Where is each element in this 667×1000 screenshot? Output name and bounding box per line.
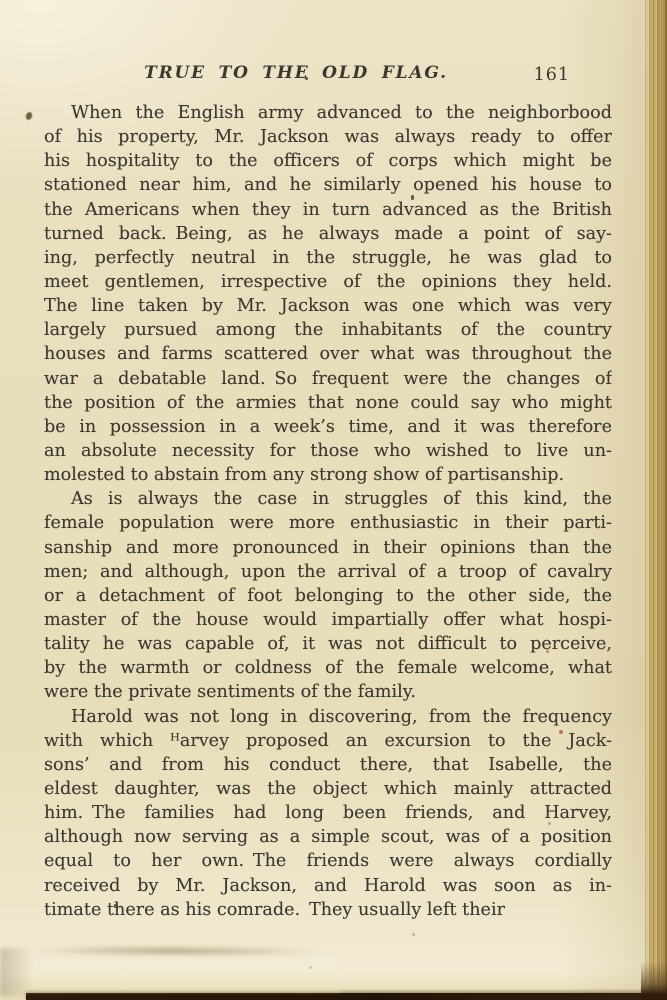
ink-speck — [411, 195, 414, 200]
text-line: were the private sentiments of the famil… — [44, 680, 612, 704]
text-line: As is always the case in struggles of th… — [44, 487, 612, 511]
foxing-spot — [412, 933, 415, 936]
text-line: of his property, Mr. Jackson was always … — [44, 125, 612, 149]
text-line: although now serving as a simple scout, … — [44, 825, 612, 849]
foxing-spot — [548, 822, 551, 825]
under-page-highlight — [0, 952, 340, 992]
paragraph: When the English army advanced to the ne… — [44, 101, 612, 487]
foxing-spot — [559, 730, 563, 734]
text-line: largely pursued among the inhabitants of… — [44, 318, 612, 342]
page-number: 161 — [534, 65, 570, 85]
text-line: war a debatable land. So frequent were t… — [44, 367, 612, 391]
text-line: sanship and more pronounced in their opi… — [44, 536, 612, 560]
text-line: Harold was not long in discovering, from… — [44, 705, 612, 729]
text-line: men; and although, upon the arrival of a… — [44, 560, 612, 584]
text-line: his hospitality to the officers of corps… — [44, 149, 612, 173]
text-line: equal to her own. The friends were alway… — [44, 849, 612, 873]
ink-speck — [305, 77, 308, 80]
text-line: him. The families had long been friends,… — [44, 801, 612, 825]
text-line: timate there as his comrade. They usuall… — [44, 898, 612, 922]
text-line: molested to abstain from any strong show… — [44, 463, 612, 487]
text-line: The line taken by Mr. Jackson was one wh… — [44, 294, 612, 318]
text-line: received by Mr. Jackson, and Harold was … — [44, 874, 612, 898]
text-line: turned back. Being, as he always made a … — [44, 222, 612, 246]
running-title: TRUE TO THE OLD FLAG. — [30, 63, 562, 83]
foxing-spot — [309, 966, 312, 969]
paragraph: Harold was not long in discovering, from… — [44, 705, 612, 922]
book-page-edges — [644, 0, 667, 1000]
text-line: eldest daughter, was the object which ma… — [44, 777, 612, 801]
text-line: sons’ and from his conduct there, that I… — [44, 753, 612, 777]
book-cover-edge — [26, 993, 667, 1000]
text-line: the position of the armies that none cou… — [44, 391, 612, 415]
text-line: female population were more enthusiastic… — [44, 511, 612, 535]
text-line: an absolute necessity for those who wish… — [44, 439, 612, 463]
book-page-scan: TRUE TO THE OLD FLAG. 161 When the Engli… — [0, 0, 667, 1000]
ink-speck — [114, 904, 116, 908]
page-crease-shadow — [38, 945, 320, 956]
text-line: be in possession in a week’s time, and i… — [44, 415, 612, 439]
page-header: TRUE TO THE OLD FLAG. 161 — [44, 63, 612, 89]
text-line: with which ᴴarvey proposed an excursion … — [44, 729, 612, 753]
text-line: stationed near him, and he similarly ope… — [44, 173, 612, 197]
text-line: the Americans when they in turn advanced… — [44, 198, 612, 222]
foxing-spot — [546, 650, 549, 653]
text-column: When the English army advanced to the ne… — [44, 101, 612, 922]
ink-speck — [25, 111, 33, 121]
book-cover-corner — [641, 962, 667, 1000]
text-line: houses and farms scattered over what was… — [44, 342, 612, 366]
text-line: meet gentlemen, irrespective of the opin… — [44, 270, 612, 294]
text-line: When the English army advanced to the ne… — [44, 101, 612, 125]
page-edge-shadow — [0, 948, 34, 996]
text-line: ing, perfectly neutral in the struggle, … — [44, 246, 612, 270]
text-line: tality he was capable of, it was not dif… — [44, 632, 612, 656]
text-line: or a detachment of foot belonging to the… — [44, 584, 612, 608]
paragraph: As is always the case in struggles of th… — [44, 487, 612, 704]
text-line: by the warmth or coldness of the female … — [44, 656, 612, 680]
text-line: master of the house would impartially of… — [44, 608, 612, 632]
